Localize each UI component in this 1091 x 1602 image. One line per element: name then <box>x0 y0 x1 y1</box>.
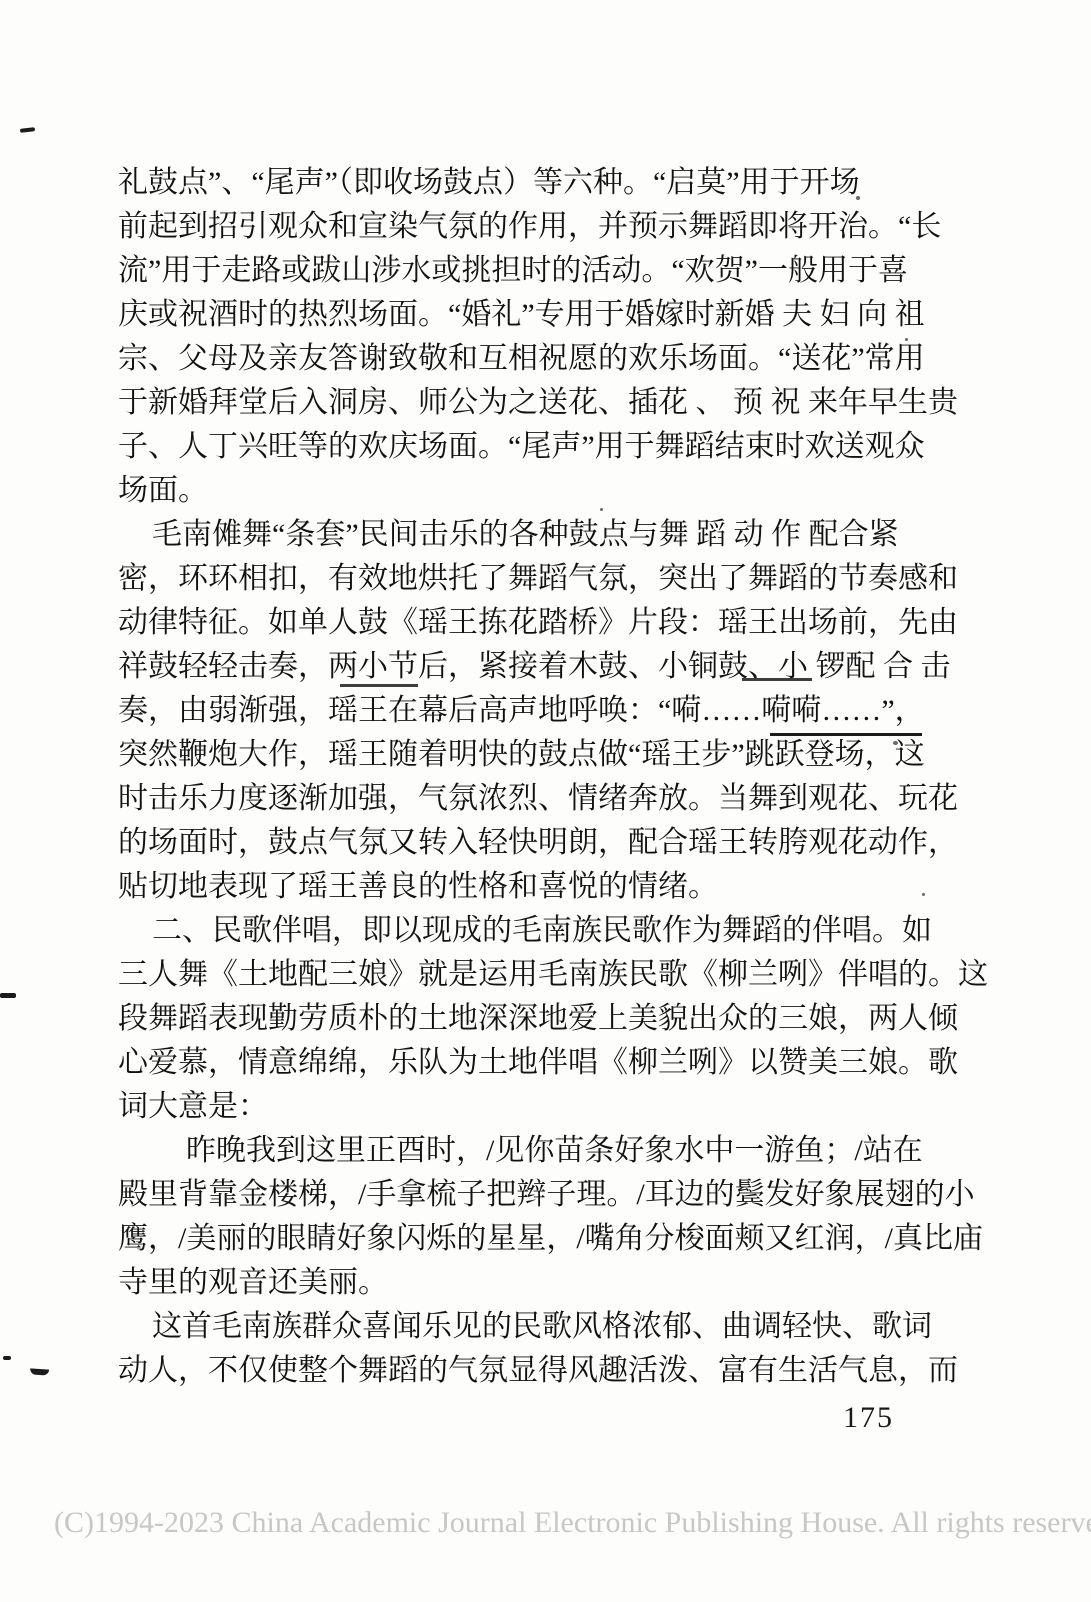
paragraph: 毛南傩舞“条套”民间击乐的各种鼓点与舞 蹈 动 作 配合紧 密，环环相扣，有效地… <box>118 513 942 909</box>
scan-artifact <box>770 733 922 736</box>
text-line: 二、民歌伴唱，即以现成的毛南族民歌作为舞蹈的伴唱。如 <box>118 909 942 953</box>
text-line: 动人，不仅使整个舞蹈的气氛显得风趣活泼、富有生活气息，而 <box>118 1349 942 1393</box>
scan-speck <box>905 338 908 341</box>
scan-artifact <box>3 1356 11 1360</box>
scan-artifact <box>0 993 16 998</box>
scanned-page: 礼鼓点”、“尾声”（即收场鼓点）等六种。“启莫”用于开场 前起到招引观众和宣染气… <box>0 0 1091 1602</box>
song-lyrics-paragraph: 昨晚我到这里正酉时，/见你苗条好象水中一游鱼；/站在 殿里背靠金楼梯，/手拿梳子… <box>118 1129 942 1305</box>
text-line: 寺里的观音还美丽。 <box>118 1261 942 1305</box>
scan-artifact <box>30 1368 49 1375</box>
text-line: 时击乐力度逐渐加强，气氛浓烈、情绪奔放。当舞到观花、玩花 <box>118 777 942 821</box>
paragraph: 这首毛南族群众喜闻乐见的民歌风格浓郁、曲调轻快、歌词 动人，不仅使整个舞蹈的气氛… <box>118 1305 942 1393</box>
text-line: 心爱慕，情意绵绵，乐队为土地伴唱《柳兰咧》以赞美三娘。歌 <box>118 1041 942 1085</box>
text-line: 宗、父母及亲友答谢致敬和互相祝愿的欢乐场面。“送花”常用 <box>118 337 942 381</box>
text-line: 这首毛南族群众喜闻乐见的民歌风格浓郁、曲调轻快、歌词 <box>118 1305 942 1349</box>
paragraph: 礼鼓点”、“尾声”（即收场鼓点）等六种。“启莫”用于开场 前起到招引观众和宣染气… <box>118 161 942 513</box>
body-text: 礼鼓点”、“尾声”（即收场鼓点）等六种。“启莫”用于开场 前起到招引观众和宣染气… <box>118 161 942 1393</box>
text-line: 昨晚我到这里正酉时，/见你苗条好象水中一游鱼；/站在 <box>118 1129 942 1173</box>
page-number: 175 <box>843 1401 894 1435</box>
text-line: 奏，由弱渐强，瑶王在幕后高声地呼唤：“嗬……嗬嗬……”， <box>118 689 942 733</box>
scan-speck <box>922 893 925 896</box>
text-line: 贴切地表现了瑶王善良的性格和喜悦的情绪。 <box>118 865 942 909</box>
scan-artifact <box>20 127 35 133</box>
text-line: 祥鼓轻轻击奏，两小节后，紧接着木鼓、小铜鼓、小 锣配 合 击 <box>118 645 942 689</box>
text-line: 动律特征。如单人鼓《瑶王拣花踏桥》片段：瑶王出场前，先由 <box>118 601 942 645</box>
text-line: 庆或祝酒时的热烈场面。“婚礼”专用于婚嫁时新婚 夫 妇 向 祖 <box>118 293 942 337</box>
text-line: 前起到招引观众和宣染气氛的作用，并预示舞蹈即将开治。“长 <box>118 205 942 249</box>
text-line: 密，环环相扣，有效地烘托了舞蹈气氛，突出了舞蹈的节奏感和 <box>118 557 942 601</box>
text-line: 鹰，/美丽的眼睛好象闪烁的星星，/嘴角分梭面颊又红润，/真比庙 <box>118 1217 942 1261</box>
text-line: 场面。 <box>118 469 942 513</box>
text-line: 的场面时，鼓点气氛又转入轻快明朗，配合瑶王转胯观花动作， <box>118 821 942 865</box>
text-line: 子、人丁兴旺等的欢庆场面。“尾声”用于舞蹈结束时欢送观众 <box>118 425 942 469</box>
scan-speck <box>893 741 898 745</box>
scan-artifact <box>742 678 812 681</box>
text-line: 礼鼓点”、“尾声”（即收场鼓点）等六种。“启莫”用于开场 <box>118 161 942 205</box>
text-line: 段舞蹈表现勤劳质朴的土地深深地爱上美貌出众的三娘，两人倾 <box>118 997 942 1041</box>
copyright-watermark: (C)1994-2023 China Academic Journal Elec… <box>54 1506 1091 1540</box>
text-line: 突然鞭炮大作，瑶王随着明快的鼓点做“瑶王步”跳跃登场，这 <box>118 733 942 777</box>
scan-speck <box>856 196 860 200</box>
text-line: 三人舞《土地配三娘》就是运用毛南族民歌《柳兰咧》伴唱的。这 <box>118 953 942 997</box>
text-line: 于新婚拜堂后入洞房、师公为之送花、插花 、 预 祝 来年早生贵 <box>118 381 942 425</box>
paragraph: 二、民歌伴唱，即以现成的毛南族民歌作为舞蹈的伴唱。如 三人舞《土地配三娘》就是运… <box>118 909 942 1129</box>
scan-speck <box>600 508 603 511</box>
text-line: 殿里背靠金楼梯，/手拿梳子把辫子理。/耳边的鬓发好象展翅的小 <box>118 1173 942 1217</box>
text-line: 词大意是： <box>118 1085 942 1129</box>
text-line: 流”用于走路或跋山涉水或挑担时的活动。“欢贺”一般用于喜 <box>118 249 942 293</box>
text-line: 毛南傩舞“条套”民间击乐的各种鼓点与舞 蹈 动 作 配合紧 <box>118 513 942 557</box>
scan-artifact <box>340 684 418 687</box>
